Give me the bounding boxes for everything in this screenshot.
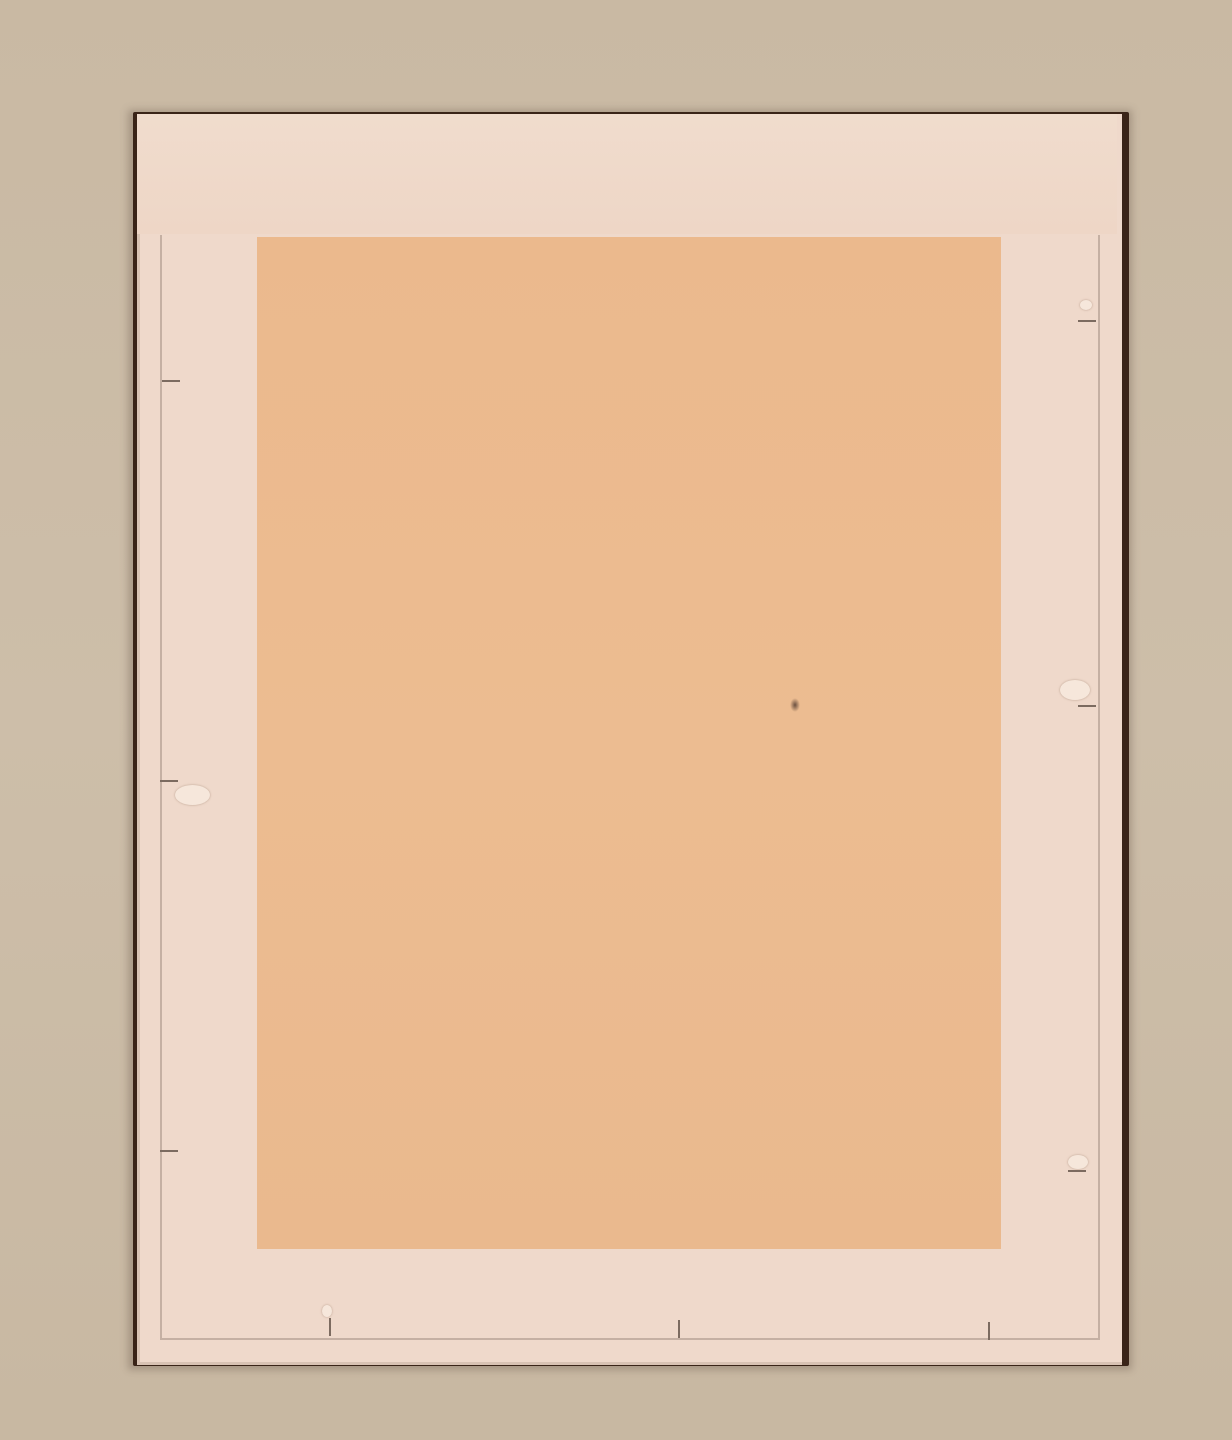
paper-spot bbox=[790, 698, 800, 712]
frame-nail bbox=[160, 1150, 178, 1152]
backing-tear bbox=[1068, 1155, 1088, 1169]
frame-nail bbox=[160, 780, 178, 782]
backing-tear bbox=[322, 1305, 332, 1317]
frame-nail bbox=[1078, 705, 1096, 707]
backing-tear bbox=[1080, 300, 1092, 310]
backing-paper bbox=[257, 237, 1001, 1249]
backing-tear bbox=[175, 785, 210, 805]
frame-nail bbox=[162, 380, 180, 382]
frame-nail bbox=[1068, 1170, 1086, 1172]
frame-nail bbox=[678, 1320, 680, 1338]
frame-nail bbox=[1078, 320, 1096, 322]
backing-tear bbox=[1060, 680, 1090, 700]
frame-nail bbox=[988, 1322, 990, 1340]
frame-nail bbox=[329, 1318, 331, 1336]
top-tape-strip bbox=[137, 114, 1117, 234]
